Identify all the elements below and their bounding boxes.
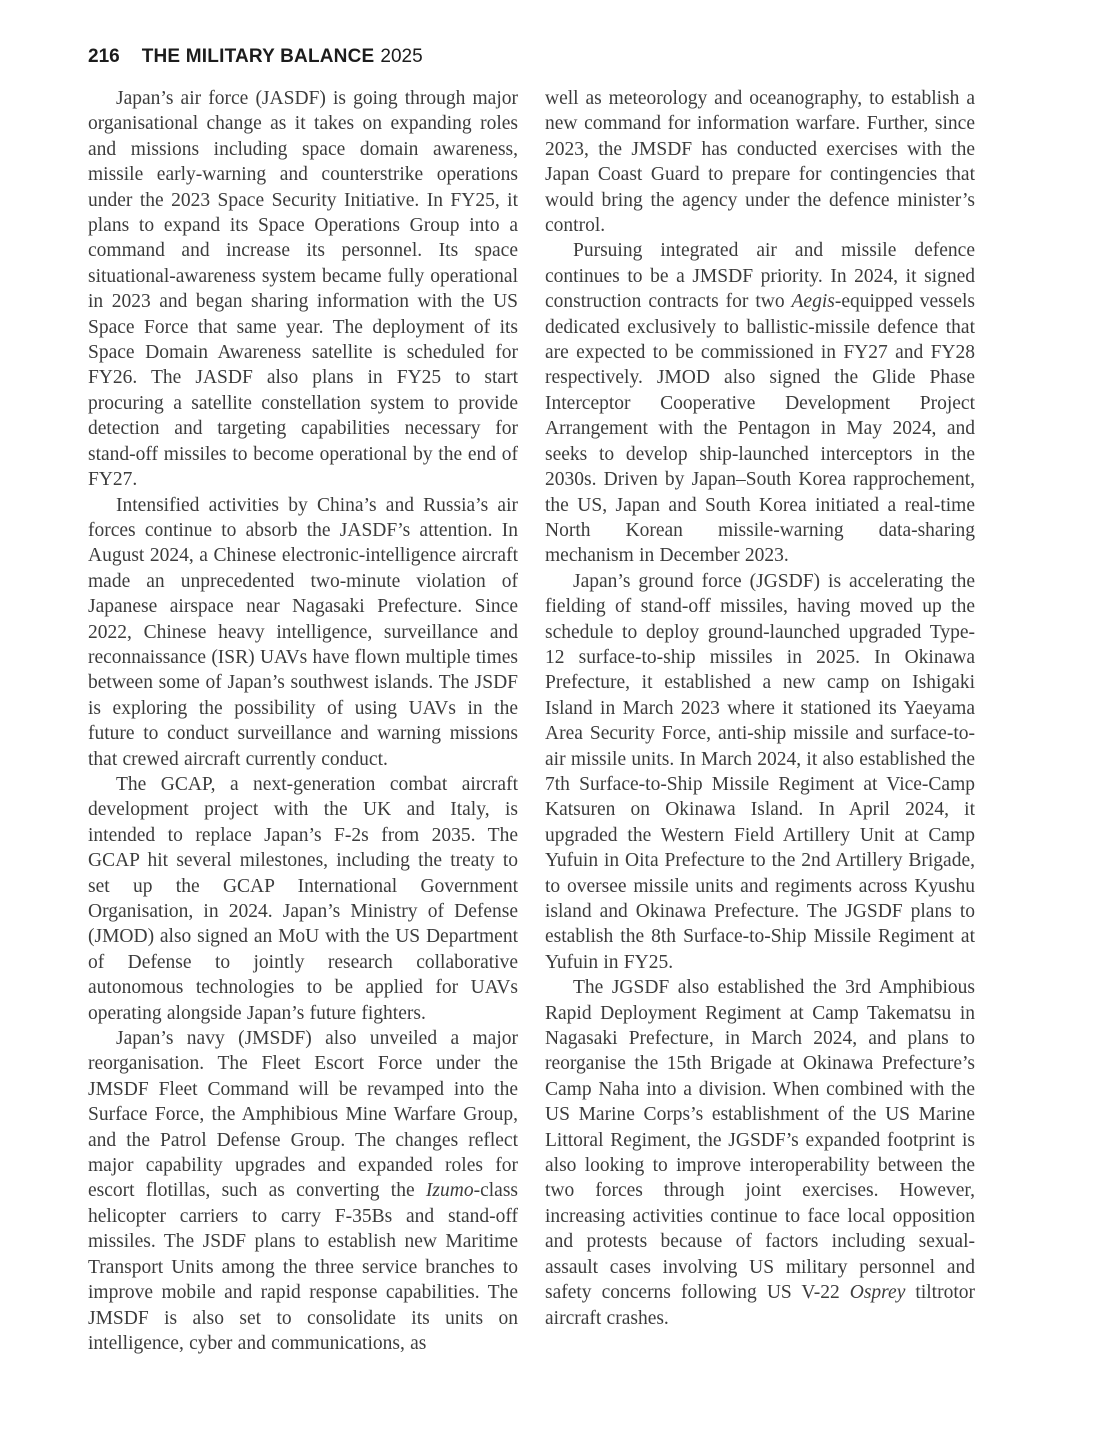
paragraph: Japan’s navy (JMSDF) also unveiled a maj… bbox=[88, 1026, 518, 1356]
paragraph: well as meteorology and oceanography, to… bbox=[545, 86, 975, 238]
body-text: The GCAP, a next-generation combat aircr… bbox=[88, 774, 518, 1024]
body-text: Japan’s navy (JMSDF) also unveiled a maj… bbox=[88, 1028, 518, 1201]
body-text: -class helicopter carriers to carry F-35… bbox=[88, 1180, 518, 1353]
book-title: THE MILITARY BALANCE bbox=[142, 46, 375, 67]
running-head: 216THE MILITARY BALANCE2025 bbox=[88, 46, 423, 68]
body-text: Intensified activities by China’s and Ru… bbox=[88, 495, 518, 770]
paragraph: The GCAP, a next-generation combat aircr… bbox=[88, 772, 518, 1026]
paragraph: Japan’s air force (JASDF) is going throu… bbox=[88, 86, 518, 493]
paragraph: Japan’s ground force (JGSDF) is accelera… bbox=[545, 569, 975, 976]
document-page: 216THE MILITARY BALANCE2025 Japan’s air … bbox=[0, 0, 1116, 1452]
body-text: well as meteorology and oceanography, to… bbox=[545, 88, 975, 236]
book-year: 2025 bbox=[380, 46, 422, 67]
two-column-text: Japan’s air force (JASDF) is going throu… bbox=[88, 86, 975, 1356]
body-text: The JGSDF also established the 3rd Amphi… bbox=[545, 977, 975, 1303]
paragraph: The JGSDF also established the 3rd Amphi… bbox=[545, 975, 975, 1331]
paragraph: Pursuing integrated air and missile defe… bbox=[545, 238, 975, 568]
page-number: 216 bbox=[88, 46, 120, 67]
italic-text: Aegis bbox=[792, 291, 835, 312]
text-column-right: well as meteorology and oceanography, to… bbox=[545, 86, 975, 1356]
italic-text: Osprey bbox=[850, 1282, 906, 1303]
body-text: Japan’s ground force (JGSDF) is accelera… bbox=[545, 571, 975, 973]
body-text: -equipped vessels dedicated exclusively … bbox=[545, 291, 975, 566]
italic-text: Izumo bbox=[426, 1180, 474, 1201]
body-text: Japan’s air force (JASDF) is going throu… bbox=[88, 88, 518, 490]
paragraph: Intensified activities by China’s and Ru… bbox=[88, 493, 518, 772]
text-column-left: Japan’s air force (JASDF) is going throu… bbox=[88, 86, 518, 1356]
